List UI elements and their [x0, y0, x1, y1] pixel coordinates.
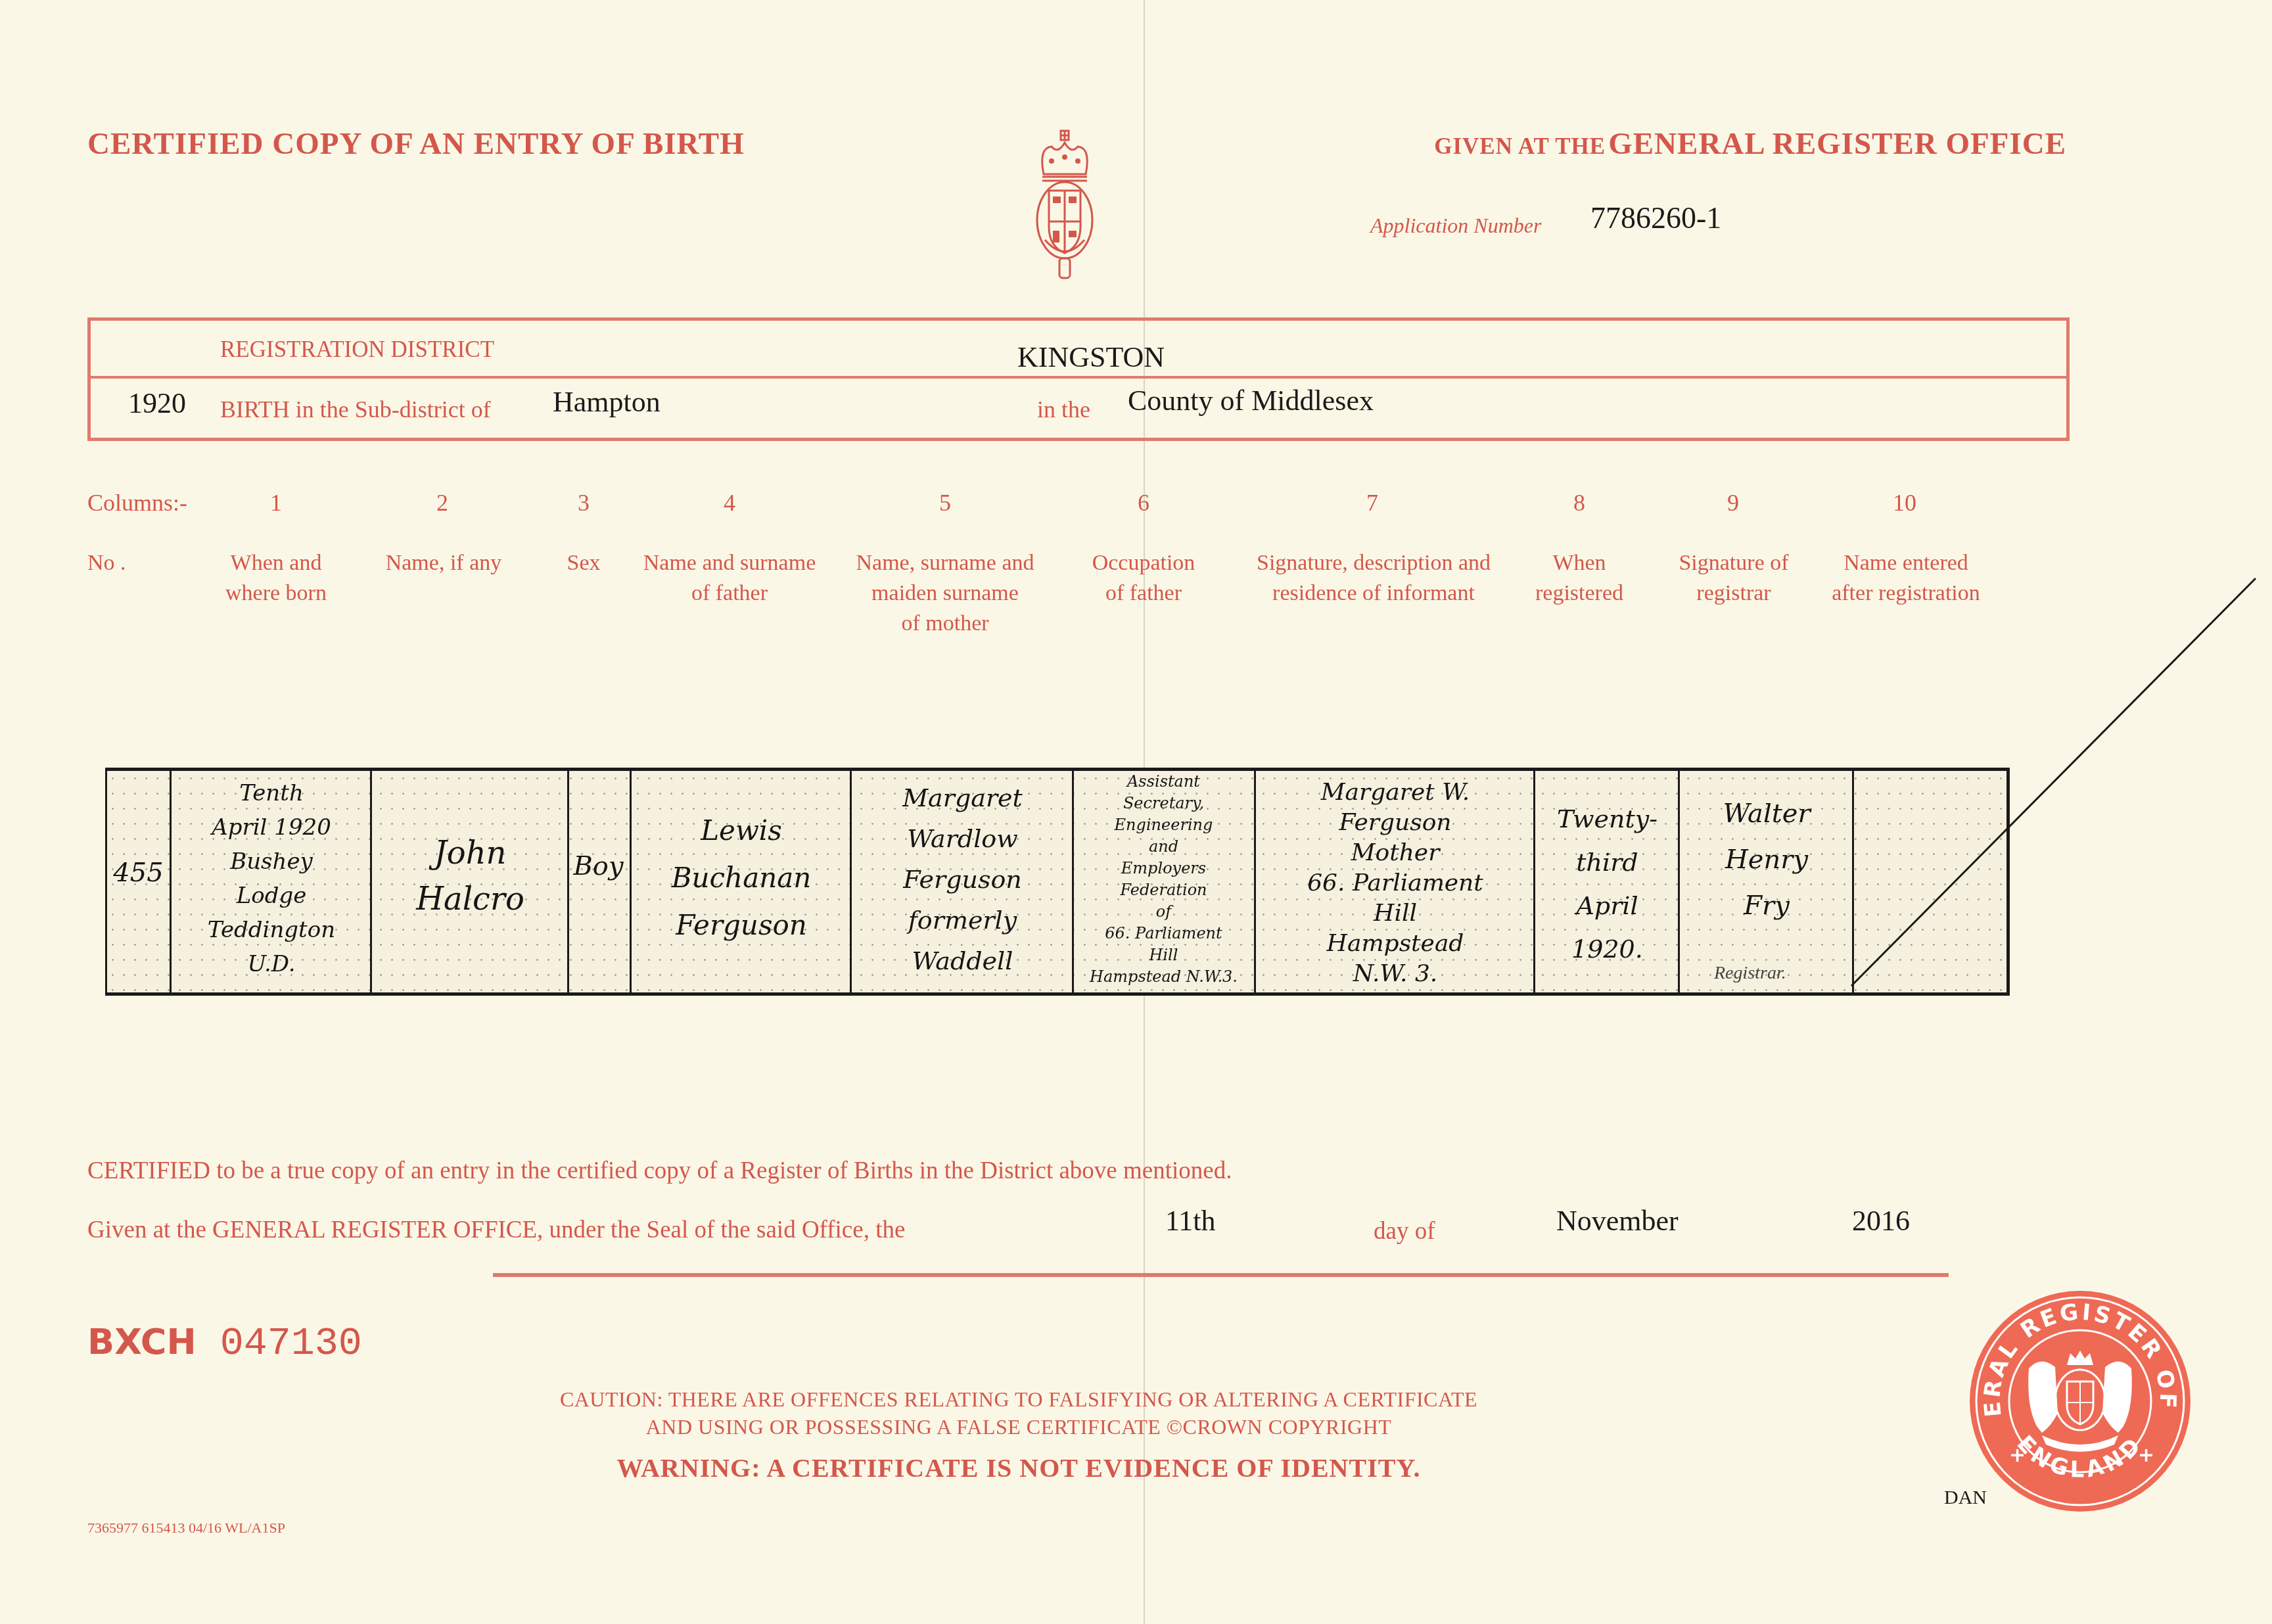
issue-year: 2016 [1852, 1204, 1910, 1238]
svg-text:+: + [2009, 1444, 2026, 1467]
column-header-informant: Signature, description and residence of … [1239, 548, 1508, 609]
application-number-label: Application Number [1370, 214, 1541, 238]
issuing-office-heading: GIVEN AT THE GENERAL REGISTER OFFICE [1434, 126, 2066, 162]
serial-digits: 047130 [220, 1322, 362, 1366]
columns-label: Columns:- [87, 489, 187, 517]
svg-text:+: + [2138, 1444, 2154, 1467]
document-title: CERTIFIED COPY OF AN ENTRY OF BIRTH [87, 126, 745, 162]
entry-column-divider [1678, 771, 1680, 992]
column-number-6: 6 [1117, 489, 1170, 517]
entry-number: 455 [107, 860, 170, 886]
column-header-no: No . [87, 548, 126, 578]
entry-registrar-signature: Walter Henry Fry [1681, 791, 1852, 929]
serial-prefix: BXCH [87, 1321, 197, 1362]
column-number-8: 8 [1553, 489, 1606, 517]
column-header-mother: Name, surname and maiden surname of moth… [843, 548, 1047, 639]
registration-year: 1920 [128, 386, 186, 420]
general-register-office-title: GENERAL REGISTER OFFICE [1608, 127, 2066, 161]
entry-column-divider [630, 771, 632, 992]
general-register-office-seal-icon: GENERAL REGISTER OFFICE ENGLAND + + [1968, 1289, 2192, 1513]
caution-notice: CAUTION: THERE ARE OFFENCES RELATING TO … [460, 1385, 1577, 1441]
registration-district-label: REGISTRATION DISTRICT [220, 336, 494, 363]
caution-line-1: CAUTION: THERE ARE OFFENCES RELATING TO … [460, 1385, 1577, 1413]
entry-column-divider [567, 771, 569, 992]
county-value: County of Middlesex [1128, 384, 1374, 417]
registration-district-box: REGISTRATION DISTRICT KINGSTON 1920 BIRT… [87, 317, 2070, 441]
entry-column-divider [1533, 771, 1535, 992]
issue-day: 11th [1165, 1204, 1216, 1238]
entry-sex: Boy [567, 853, 630, 879]
entry-column-divider [850, 771, 852, 992]
entry-father-occupation: Assistant Secretary, Engineering and Emp… [1073, 771, 1254, 988]
column-number-7: 7 [1346, 489, 1399, 517]
entry-informant: Margaret W. Ferguson Mother 66. Parliame… [1257, 777, 1533, 989]
entry-column-divider [370, 771, 372, 992]
column-header-when-registered: When registered [1512, 548, 1647, 609]
column-header-registrar-signature: Signature of registrar [1659, 548, 1808, 609]
day-of-label: day of [1374, 1217, 1435, 1245]
certification-statement: CERTIFIED to be a true copy of an entry … [87, 1157, 1232, 1185]
entry-column-divider [1254, 771, 1256, 992]
column-header-occupation: Occupation of father [1058, 548, 1229, 609]
column-number-3: 3 [557, 489, 610, 517]
column-header-when-where-born: When and where born [197, 548, 355, 609]
application-number-value: 7786260-1 [1590, 200, 1721, 235]
register-entry-row: 455 Tenth April 1920 Bushey Lodge Teddin… [105, 768, 2010, 996]
column-header-sex: Sex [551, 548, 616, 578]
entry-father-name: Lewis Buchanan Ferguson [633, 807, 850, 949]
column-number-10: 10 [1878, 489, 1931, 517]
column-number-2: 2 [416, 489, 469, 517]
column-number-1: 1 [250, 489, 302, 517]
given-at-statement: Given at the GENERAL REGISTER OFFICE, un… [87, 1216, 905, 1244]
district-box-divider [91, 376, 2066, 379]
in-the-label: in the [1037, 396, 1090, 423]
entry-child-name: John Halcro [373, 830, 567, 922]
issue-month: November [1556, 1204, 1679, 1238]
column-number-9: 9 [1707, 489, 1759, 517]
registration-district-value: KINGSTON [1017, 340, 1165, 374]
entry-column-divider [1852, 771, 1854, 992]
entry-mother-name: Margaret Wardlow Ferguson formerly Wadde… [853, 777, 1072, 981]
entry-when-where-born: Tenth April 1920 Bushey Lodge Teddington… [173, 776, 370, 981]
subdistrict-label: BIRTH in the Sub-district of [220, 396, 491, 423]
identity-warning: WARNING: A CERTIFICATE IS NOT EVIDENCE O… [460, 1452, 1577, 1483]
column-header-father: Name and surname of father [628, 548, 831, 609]
subdistrict-value: Hampton [553, 385, 661, 419]
given-at-prefix: GIVEN AT THE [1434, 133, 1606, 159]
print-code: 7365977 615413 04/16 WL/A1SP [87, 1520, 285, 1537]
entry-when-registered: Twenty- third April 1920. [1537, 797, 1678, 971]
registrar-label: Registrar. [1714, 963, 1786, 984]
entry-column-divider [170, 771, 172, 992]
column-header-name: Name, if any [365, 548, 522, 578]
royal-crest-icon [1032, 128, 1098, 286]
certificate-serial-number: BXCH 047130 [87, 1321, 362, 1366]
column-header-name-after-registration: Name entered after registration [1811, 548, 2001, 609]
column-number-5: 5 [919, 489, 971, 517]
column-number-4: 4 [703, 489, 756, 517]
caution-line-2: AND USING OR POSSESSING A FALSE CERTIFIC… [460, 1413, 1577, 1441]
signature-rule [493, 1273, 1949, 1277]
